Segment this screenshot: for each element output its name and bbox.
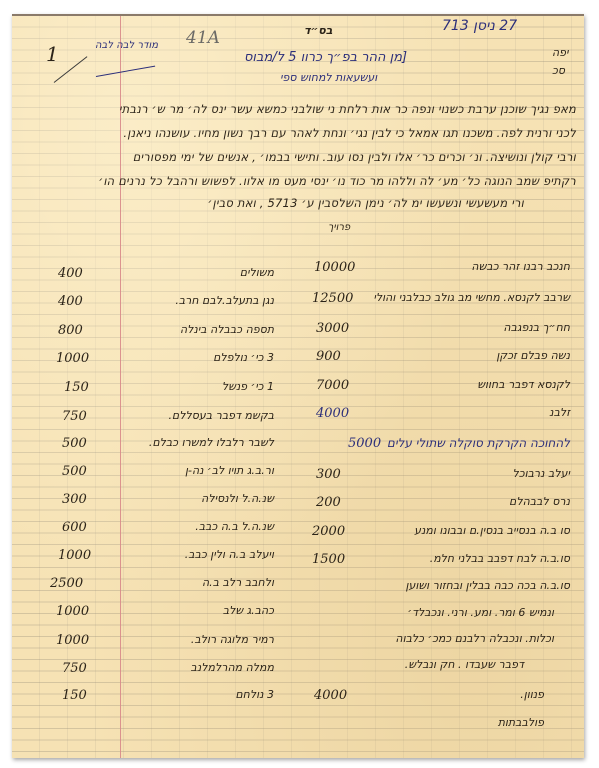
ledger-right-amount: 3000 — [316, 321, 349, 336]
ledger-left-amount: 750 — [62, 409, 87, 424]
ledger-right-amount: 10000 — [314, 260, 355, 275]
ledger-right-amount: 300 — [316, 467, 341, 482]
ledger-left-label: ממלה מהרלמלנב — [191, 661, 274, 674]
ledger-left-label: נגן בתעלב.לבם חרב. — [175, 294, 274, 307]
subject-line-2: ועשעאות למחוש ספי — [280, 71, 377, 84]
catalog-number: 41A — [186, 28, 220, 48]
ledger-left-amount: 300 — [62, 492, 87, 507]
ledger-left-amount: 500 — [62, 464, 87, 479]
ledger-left-amount: 1000 — [56, 351, 89, 366]
ledger-right-amount: 4000 — [314, 688, 347, 703]
ledger-right-label: להחוכה הקרקת סוקלה שתולי עלים — [387, 436, 570, 450]
ledger-right-amount: 4000 — [316, 406, 349, 421]
slash-mark — [54, 56, 88, 83]
ledger-right-label: סו.ב.ה בכה כבה בבלין ובחזור ושוען — [405, 579, 570, 592]
ledger-right-amount: 5000 — [348, 436, 381, 451]
ledger-left-label: תספה כבבלה בינלה — [180, 323, 274, 336]
body-line-2: לכני ורנית לפה. משכנו תגו אמאל כי לבין נ… — [123, 126, 576, 140]
ledger-right-label: יעלב נרבוכל — [513, 467, 571, 480]
ledger-left-label: שנ.ה.ל ולנסילה — [201, 492, 274, 505]
date: 27 ניסן 713 — [442, 18, 517, 34]
ledger-left-label: 3 נולחם — [235, 688, 274, 701]
ledger-right-label: שרבב לקנסא. מחשי מב גולב כבלבני והולי — [373, 291, 570, 304]
ledger-right-amount: 7000 — [316, 378, 349, 393]
ledger-right-label: לקנסא דפבר בחווש — [477, 378, 570, 391]
ledger-right-label: פנוון. — [520, 688, 544, 701]
ledger-left-amount: 1000 — [58, 548, 91, 563]
page-number: 1 — [46, 42, 59, 66]
ledger-left-label: רמיר מלוגה רולב. — [191, 633, 274, 646]
ledger-left-amount: 800 — [58, 323, 83, 338]
ledger-right-amount: 1500 — [312, 552, 345, 567]
ledger-left-label: בקשמ דפבר בעסללם. — [168, 409, 274, 422]
ledger-right-amount: 2000 — [312, 524, 345, 539]
body-subtitle: פרויך — [328, 222, 350, 233]
ledger-left-label: כהב.ג שלב — [223, 604, 274, 617]
ledger-right-amount: 900 — [316, 349, 341, 364]
side-note-2: סכ — [552, 64, 565, 77]
ledger-right-label: סו.ב.ה לבח דפבב בבלני חלמ. — [430, 552, 570, 565]
ledger-left-amount: 2500 — [50, 576, 83, 591]
ledger-right-amount: 12500 — [312, 291, 353, 306]
body-line-3: ורבי קולן ונושיצה. ונ׳ וכרים כר׳ אלו ולב… — [133, 150, 576, 164]
ledger-left-amount: 400 — [58, 266, 83, 281]
ledger-right-label: דפבר שעבדו . חק ונבלש. — [405, 658, 524, 671]
ledger-right-label: נרס לבבהלם — [509, 495, 570, 508]
ledger-left-label: לשבר רלבלו למשרו כבלם. — [149, 436, 274, 449]
ledger-right-label: זלבנ — [549, 406, 570, 419]
ledger-right-label: חח״ך בנפגבה — [503, 321, 570, 334]
ledger-right-label: נשה פבלם זכקן — [496, 349, 570, 362]
ledger-left-label: 1 כי׳ פנשל — [222, 380, 274, 393]
ledger-left-amount: 400 — [58, 294, 83, 309]
ledger-left-label: משולים — [240, 266, 274, 279]
body-line-5: ורי מעשעשי ונשעשו ימ לה׳ נימן השלסבין ע׳… — [208, 196, 524, 210]
ledger-left-amount: 500 — [62, 436, 87, 451]
ledger-left-amount: 750 — [62, 661, 87, 676]
body-line-4: רקתיפ שמב הנוגה כל׳ מע׳ לה וללהו מר כוד … — [98, 174, 576, 188]
ledger-left-amount: 600 — [62, 520, 87, 535]
ledger-left-amount: 1000 — [56, 604, 89, 619]
subject-line-1: [מן ההר בפ״ך כרוו 5 ל/מבוס — [244, 50, 407, 65]
ledger-left-amount: 150 — [62, 688, 87, 703]
ledger-left-amount: 1000 — [56, 633, 89, 648]
ledger-left-label: ולחבב רלב ב.ה — [202, 576, 274, 589]
ledger-right-label: סו ב.ה בנסייב בנסין.ם ובבונו ומנע — [414, 524, 570, 537]
ledger-right-label: פולבבתות — [498, 716, 544, 729]
ledger-left-amount: 150 — [64, 380, 89, 395]
ledger-right-amount: 200 — [316, 495, 341, 510]
margin-line — [120, 16, 121, 758]
ledger-right-label: וכלות. ונכבלה רלבנם כמכ׳ כלבוה — [395, 632, 554, 645]
ledger-left-label: 3 כי׳ נולפלם — [213, 351, 274, 364]
ledger-left-label: ור.ב.ג תויו לב׳ נה-ן — [185, 464, 274, 477]
side-note-1: יפה — [552, 46, 569, 59]
underline-mark — [96, 66, 155, 77]
ledger-left-label: ויעלב ב.ה ולין כבב. — [185, 548, 274, 561]
document-page: 1 מודר לבה לבה 41A בס״ד 27 ניסן 713 [מן … — [12, 14, 584, 758]
annotation-top-left: מודר לבה לבה — [98, 40, 158, 51]
ledger-right-label: ונמיש 6 ומר. ומע. ורני. ונכבלד׳ — [407, 606, 554, 619]
ledger-right-label: חנכב רבנו זהר כבשה — [471, 260, 570, 273]
ledger-left-label: שנ.ה.ל ב.ה כבב. — [195, 520, 274, 533]
header-mark: בס״ד — [304, 24, 332, 37]
body-line-1: מאפ נגיך שוכנן ערבת כשנוי ונפה כר אות רל… — [119, 102, 576, 116]
